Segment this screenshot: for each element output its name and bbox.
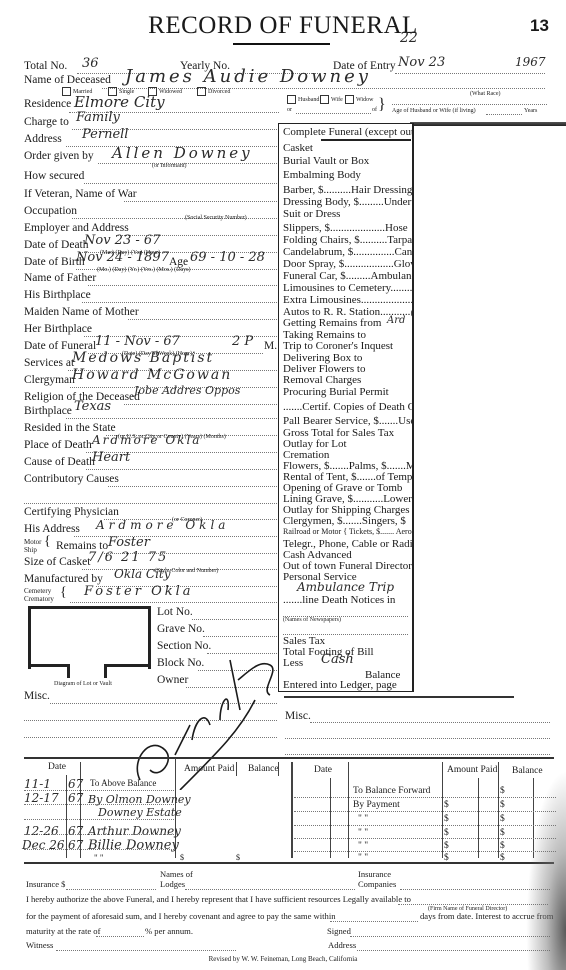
misc-label-right: Misc.	[285, 710, 311, 722]
ssn-note: (Social Security Number)	[185, 215, 247, 221]
ledger-row-desc[interactable]: To Above Balance	[90, 778, 156, 788]
diagram-caption: Diagram of Lot or Vault	[54, 681, 112, 687]
page-number: 13	[530, 16, 549, 36]
ledger-right-row-balance[interactable]: $	[500, 828, 505, 838]
cemetery-label: Cemetery	[24, 587, 51, 595]
lodges-label: Lodges	[160, 879, 185, 889]
ledger-right-row-amount[interactable]: $	[444, 814, 449, 824]
crematory-label: Crematory	[24, 595, 54, 603]
wife-checkbox[interactable]	[320, 95, 329, 104]
ledger-right-amount-header: Amount Paid	[447, 765, 497, 775]
ledger-row-desc[interactable]: Arthur Downey	[88, 824, 181, 838]
how-secured-label: How secured	[24, 170, 84, 182]
date-of-birth-value[interactable]: Nov 24 - 1897	[76, 250, 169, 265]
his-birthplace-field[interactable]	[82, 302, 277, 303]
spouse-husband[interactable]: Husband	[287, 95, 319, 104]
getting-remains-value[interactable]: Ard	[387, 315, 405, 326]
charge-clergymen[interactable]: Clergymen, $.......Singers, $	[283, 515, 406, 527]
lot-no-field[interactable]	[192, 619, 277, 620]
signed-label: Signed	[327, 926, 351, 936]
age-value[interactable]: 69 - 10 - 28	[190, 250, 265, 265]
date-of-funeral-value[interactable]: 11 - Nov - 67	[95, 334, 180, 349]
birthplace-value[interactable]: Texas	[74, 399, 111, 414]
spouse-widow[interactable]: Widow	[345, 95, 373, 104]
misc-field-right-2[interactable]	[285, 738, 550, 739]
meridiem-label: M.	[264, 340, 277, 352]
names-of-label: Names of	[160, 869, 193, 879]
occupation-label: Occupation	[24, 205, 77, 217]
order-given-by-label: Order given by	[24, 150, 94, 162]
per-annum-text: % per annum.	[145, 926, 193, 936]
date-of-entry-value[interactable]: Nov 23	[398, 55, 445, 70]
father-label: Name of Father	[24, 272, 96, 284]
ledger-row-year[interactable]: 67	[68, 824, 83, 838]
cause-of-death-label: Cause of Death	[24, 456, 95, 468]
address-label-footer: Address	[328, 940, 356, 950]
charge-burial-vault[interactable]: Burial Vault or Box	[283, 155, 369, 167]
misc-field-right[interactable]	[310, 722, 550, 723]
veteran-field[interactable]	[124, 201, 277, 202]
spouse-or-label: or	[287, 107, 292, 113]
clergyman-value[interactable]: Howard McGowan	[72, 367, 232, 383]
ledger-right-row-amount[interactable]: $	[444, 828, 449, 838]
his-birthplace-label: His Birthplace	[24, 289, 91, 301]
charge-complete-funeral[interactable]: Complete Funeral (except outla	[283, 126, 414, 138]
married-checkbox[interactable]	[62, 87, 71, 96]
ledger-right-row-amount[interactable]: $	[444, 841, 449, 851]
physician-label: Certifying Physician	[24, 506, 119, 518]
ledger-right-row-desc[interactable]: " "	[358, 828, 368, 838]
ledger-right-row-desc[interactable]: " "	[358, 814, 368, 824]
date-of-death-value[interactable]: Nov 23 - 67	[84, 233, 160, 248]
ledger-row-date[interactable]: 12-17	[24, 791, 59, 805]
charge-tickets[interactable]: Railroad or Motor { Tickets, $....... Ae…	[283, 527, 414, 536]
charge-casket[interactable]: Casket	[283, 142, 313, 154]
witness-label: Witness	[26, 940, 53, 950]
insurance-companies-top: Insurance	[358, 869, 391, 879]
ledger-row-date[interactable]: 11-1	[24, 777, 51, 791]
spouse-age-label: Age of Husband or Wife (if living)	[392, 108, 476, 114]
ledger-left-date-header: Date	[48, 762, 66, 772]
how-secured-field[interactable]	[84, 183, 277, 184]
less-value[interactable]: Cash	[321, 652, 354, 667]
race-field[interactable]	[392, 104, 547, 105]
days-field[interactable]	[330, 921, 418, 922]
cause-of-death-value[interactable]: Heart	[92, 450, 130, 465]
brace: {	[60, 585, 67, 601]
motor-ship-label: Motor Ship	[24, 538, 42, 554]
birthplace-label: Birthplace	[24, 405, 72, 417]
veteran-label: If Veteran, Name of War	[24, 188, 137, 200]
deceased-name-label: Name of Deceased	[24, 74, 111, 86]
charge-pall-bearer[interactable]: Pall Bearer Service, $.......Use o	[283, 415, 414, 427]
misc-label-left: Misc.	[24, 690, 50, 702]
address-value[interactable]: Pernell	[82, 127, 128, 142]
his-address-value[interactable]: Ardmore Okla	[96, 518, 229, 532]
charge-extra-limousines[interactable]: Extra Limousines...................@	[283, 294, 414, 306]
charge-dressing[interactable]: Dressing Body, $.........Underw	[283, 196, 414, 208]
title-underline	[233, 43, 330, 45]
ledger-left-balance-header: Balance	[248, 764, 279, 774]
services-at-label: Services at	[24, 357, 74, 369]
spouse-wife[interactable]: Wife	[320, 95, 343, 104]
ledger-right-row-balance[interactable]: $	[500, 814, 505, 824]
funeral-hour-value[interactable]: 2 P	[232, 334, 253, 349]
date-of-birth-subtitle: (Mo.) (Day) (Yr.) (Yrs.) (Mos.) (Days)	[97, 267, 190, 273]
spouse-of-label: of	[372, 107, 377, 113]
widow-checkbox[interactable]	[345, 95, 354, 104]
husband-checkbox[interactable]	[287, 95, 296, 104]
charge-embalming[interactable]: Embalming Body	[283, 169, 361, 181]
ledger-page[interactable]: Entered into Ledger, page	[283, 679, 397, 691]
his-address-label: His Address	[24, 523, 80, 535]
charge-candelabrum[interactable]: Candelabrum, $...............Candl	[283, 246, 414, 258]
brace: }	[378, 96, 386, 114]
ledger-right-row-amount[interactable]: $	[444, 800, 449, 810]
ledger-row-year[interactable]: 67	[68, 777, 83, 791]
misc-field-right-3[interactable]	[285, 754, 550, 755]
charge-death-certificates[interactable]: .......Certif. Copies of Death C	[283, 401, 414, 413]
charge-barber[interactable]: Barber, $..........Hair Dressing	[283, 184, 412, 196]
religion-value[interactable]: Jobe Addres Oppos	[134, 384, 240, 397]
ledger-right-row-balance[interactable]: $	[500, 800, 505, 810]
remains-to-value[interactable]: Foster	[108, 535, 150, 550]
cemetery-value[interactable]: Foster Okla	[84, 584, 194, 599]
ledger-row-amount[interactable]: $	[180, 853, 184, 862]
place-of-death-value[interactable]: Ardmore Okla	[92, 433, 201, 447]
ledger-row-year[interactable]: 67	[68, 791, 83, 805]
panel-top-bar	[410, 122, 566, 126]
page-title: RECORD OF FUNERAL	[0, 12, 566, 40]
charge-funeral-car[interactable]: Funeral Car, $.........Ambulanc	[283, 270, 414, 282]
lodges-field[interactable]	[185, 889, 355, 890]
ledger-right-row-balance[interactable]: $	[500, 841, 505, 851]
address-label: Address	[24, 133, 62, 145]
total-no-value[interactable]: 36	[82, 56, 99, 71]
mother-label: Maiden Name of Mother	[24, 306, 139, 318]
panel-bottom-rule	[284, 696, 514, 698]
grave-no-field[interactable]	[203, 636, 277, 637]
divorced-checkbox[interactable]	[197, 87, 206, 96]
ledger-row-balance[interactable]: $	[236, 853, 240, 862]
ledger-row-desc[interactable]: Billie Downey	[88, 838, 179, 853]
charge-limousines[interactable]: Limousines to Cemetery.........@	[283, 282, 414, 294]
brace: {	[44, 534, 51, 550]
authorize-text: I hereby authorize the above Funeral, an…	[26, 894, 411, 904]
ledger-right-row-desc[interactable]: " "	[358, 841, 368, 851]
marital-divorced[interactable]: Divorced	[197, 87, 230, 96]
spouse-age-field[interactable]	[486, 114, 522, 115]
contributory-field[interactable]	[108, 486, 277, 487]
casket-size-value[interactable]: 7/6 21 75	[88, 550, 168, 565]
companies-label: Companies	[358, 879, 396, 889]
witness-field[interactable]	[56, 950, 236, 951]
scan-shadow	[526, 770, 566, 970]
ledger-left-amount-header: Amount Paid	[184, 764, 234, 774]
ledger-right-date-header: Date	[314, 765, 332, 775]
residence-label: Residence	[24, 98, 71, 110]
years-label: Years	[524, 108, 537, 114]
deceased-name-value[interactable]: James Audie Downey	[125, 66, 371, 87]
ledger-bottom-rule	[24, 862, 554, 864]
personal-service-value[interactable]: Ambulance Trip	[297, 580, 394, 594]
margin-note: 22	[400, 30, 418, 46]
revised-by-note: Revised by W. W. Feineman, Long Beach, C…	[0, 955, 566, 963]
ledger-row-date[interactable]: 12-26	[24, 824, 59, 838]
services-at-value[interactable]: Medows Baptist	[72, 350, 214, 366]
charge-removal[interactable]: Removal Charges	[283, 374, 361, 386]
interest-rate-field[interactable]	[96, 936, 144, 937]
mother-field[interactable]	[128, 319, 277, 320]
contributory-field-2[interactable]	[24, 503, 277, 504]
contributory-label: Contributory Causes	[24, 473, 119, 485]
signed-field[interactable]	[350, 936, 550, 937]
her-birthplace-label: Her Birthplace	[24, 323, 92, 335]
charge-to-value[interactable]: Family	[76, 110, 120, 125]
charge-less[interactable]: Less	[283, 657, 303, 669]
charges-panel: Complete Funeral (except outla Casket Bu…	[278, 123, 414, 692]
grave-no-label: Grave No.	[157, 623, 205, 635]
date-of-entry-year[interactable]: 1967	[515, 55, 546, 69]
charge-to-label: Charge to	[24, 116, 69, 128]
father-field[interactable]	[88, 285, 277, 286]
ledger-top-rule	[24, 757, 554, 759]
lot-no-label: Lot No.	[157, 606, 193, 618]
address-field-footer[interactable]	[357, 950, 550, 951]
total-no-label: Total No.	[24, 60, 67, 72]
ledger-row-desc[interactable]: Downey Estate	[98, 806, 182, 819]
insurance-label: Insurance $	[26, 879, 65, 889]
ledger-right-row-desc[interactable]: By Payment	[353, 800, 400, 810]
informant-note: (or Informant)	[152, 163, 187, 169]
manufactured-by-value[interactable]: Okla City	[114, 567, 171, 581]
charge-slippers[interactable]: Slippers, $....................Hose	[283, 222, 408, 234]
newspapers-note: (Names of Newspapers)	[283, 617, 341, 623]
ledger-right-row-balance[interactable]: $	[500, 786, 505, 796]
charge-door-spray[interactable]: Door Spray, $..................Glove	[283, 258, 414, 270]
spouse-name-field[interactable]	[296, 113, 371, 114]
charge-suit[interactable]: Suit or Dress	[283, 208, 340, 220]
charge-folding-chairs[interactable]: Folding Chairs, $..........Tarpau	[283, 234, 414, 246]
charge-getting-remains[interactable]: Getting Remains from	[283, 317, 381, 329]
ledger-right-row-desc[interactable]: To Balance Forward	[353, 786, 430, 796]
casket-size-label: Size of Casket	[24, 556, 90, 568]
residence-value[interactable]: Elmore City	[74, 93, 165, 111]
charge-coroner-trip[interactable]: Trip to Coroner's Inquest	[283, 340, 393, 352]
place-of-death-label: Place of Death	[24, 439, 92, 451]
charge-death-notices[interactable]: .......line Death Notices in	[283, 594, 395, 606]
order-given-by-value[interactable]: Allen Downey	[112, 144, 253, 162]
charge-burial-permit[interactable]: Procuring Burial Permit	[283, 386, 389, 398]
insurance-field[interactable]	[66, 889, 156, 890]
clergyman-label: Clergyman	[24, 374, 75, 386]
covenant-text: for the payment of aforesaid sum, and I …	[26, 911, 336, 921]
maturity-text: maturity at the rate of	[26, 926, 100, 936]
what-race-note: (What Race)	[470, 91, 500, 97]
